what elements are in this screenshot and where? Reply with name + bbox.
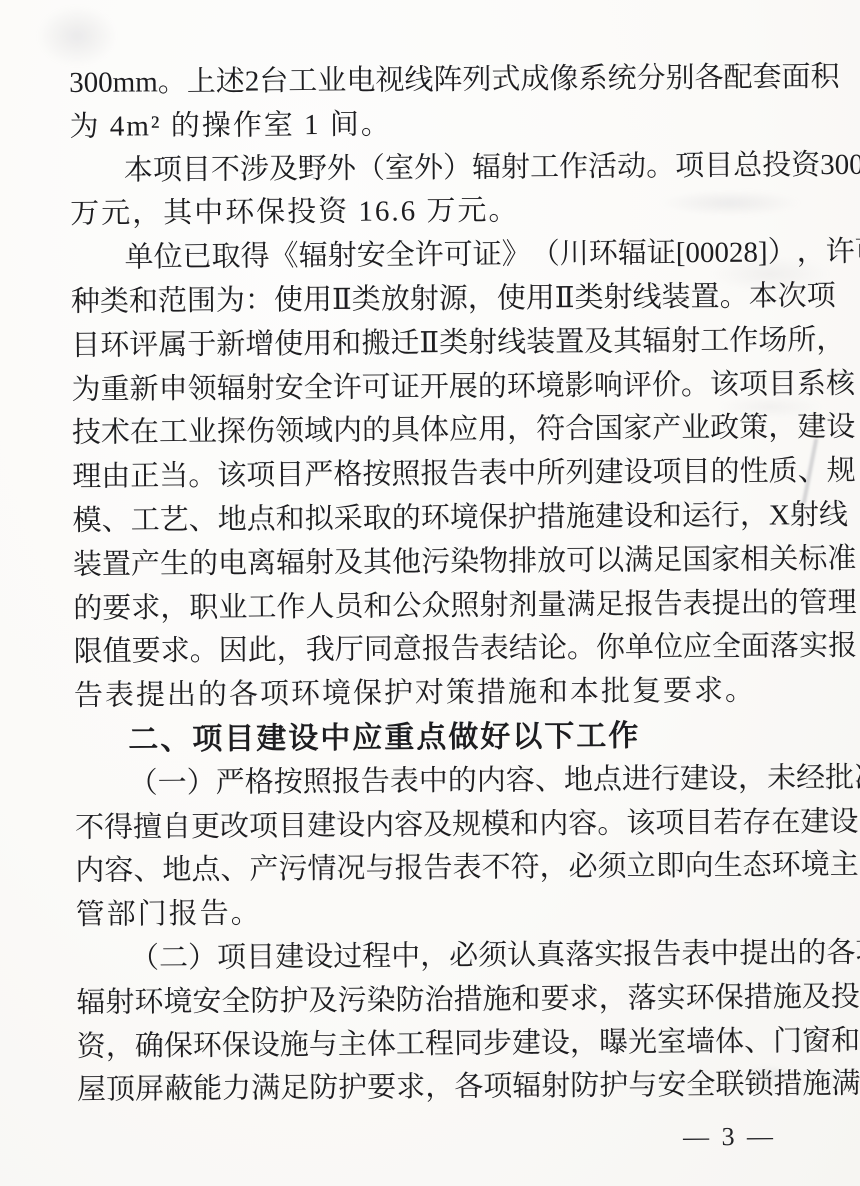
section-heading: 二、项目建设中应重点做好以下工作 bbox=[74, 713, 804, 763]
text-line: 为 4m² 的操作室 1 间。 bbox=[69, 100, 799, 150]
document-page: 300mm。上述 2 台工业电视线阵列式成像系统分别各配套面积为 4m² 的操作… bbox=[0, 0, 860, 1186]
text-line: 不得擅自更改项目建设内容及规模和内容。该项目若存在建设 bbox=[75, 801, 805, 851]
text-line: 装置产生的电离辐射及其他污染物排放可以满足国家相关标准 bbox=[73, 538, 803, 588]
text-line: 300mm。上述 2 台工业电视线阵列式成像系统分别各配套面积 bbox=[69, 56, 799, 106]
text-line: 万元，其中环保投资 16.6 万元。 bbox=[70, 188, 800, 238]
text-line: 内容、地点、产污情况与报告表不符，必须立即向生态环境主 bbox=[75, 845, 805, 895]
text-line: 种类和范围为：使用Ⅱ类放射源，使用Ⅱ类射线装置。本次项 bbox=[71, 275, 801, 325]
text-line: 屋顶屏蔽能力满足防护要求，各项辐射防护与安全联锁措施满 bbox=[77, 1064, 807, 1114]
text-line: 的要求，职业工作人员和公众照射剂量满足报告表提出的管理 bbox=[73, 582, 803, 632]
text-line: 管部门报告。 bbox=[76, 888, 806, 938]
text-line: 为重新申领辐射安全许可证开展的环境影响评价。该项目系核 bbox=[71, 363, 801, 413]
text-line: 目环评属于新增使用和搬迁Ⅱ类射线装置及其辐射工作场所， bbox=[71, 319, 801, 369]
document-body: 300mm。上述 2 台工业电视线阵列式成像系统分别各配套面积为 4m² 的操作… bbox=[69, 56, 807, 1113]
text-line: 辐射环境安全防护及污染防治措施和要求，落实环保措施及投 bbox=[76, 976, 806, 1026]
text-line: 理由正当。该项目严格按照报告表中所列建设项目的性质、规 bbox=[72, 450, 802, 500]
page-number: — 3 — bbox=[683, 1122, 776, 1153]
text-line: （一）严格按照报告表中的内容、地点进行建设，未经批准， bbox=[75, 757, 805, 807]
text-line: 模、工艺、地点和拟采取的环境保护措施建设和运行，X 射线 bbox=[72, 494, 802, 544]
text-line: 限值要求。因此，我厅同意报告表结论。你单位应全面落实报 bbox=[73, 626, 803, 676]
text-line: 本项目不涉及野外（室外）辐射工作活动。项目总投资 300 bbox=[70, 144, 800, 194]
text-line: （二）项目建设过程中，必须认真落实报告表中提出的各项 bbox=[76, 932, 806, 982]
text-line: 告表提出的各项环境保护对策措施和本批复要求。 bbox=[74, 669, 804, 719]
text-line: 资，确保环保设施与主体工程同步建设，曝光室墙体、门窗和 bbox=[77, 1020, 807, 1070]
text-line: 技术在工业探伤领域内的具体应用，符合国家产业政策，建设 bbox=[72, 407, 802, 457]
text-line: 单位已取得《辐射安全许可证》（川环辐证[00028]），许可 bbox=[70, 231, 800, 281]
